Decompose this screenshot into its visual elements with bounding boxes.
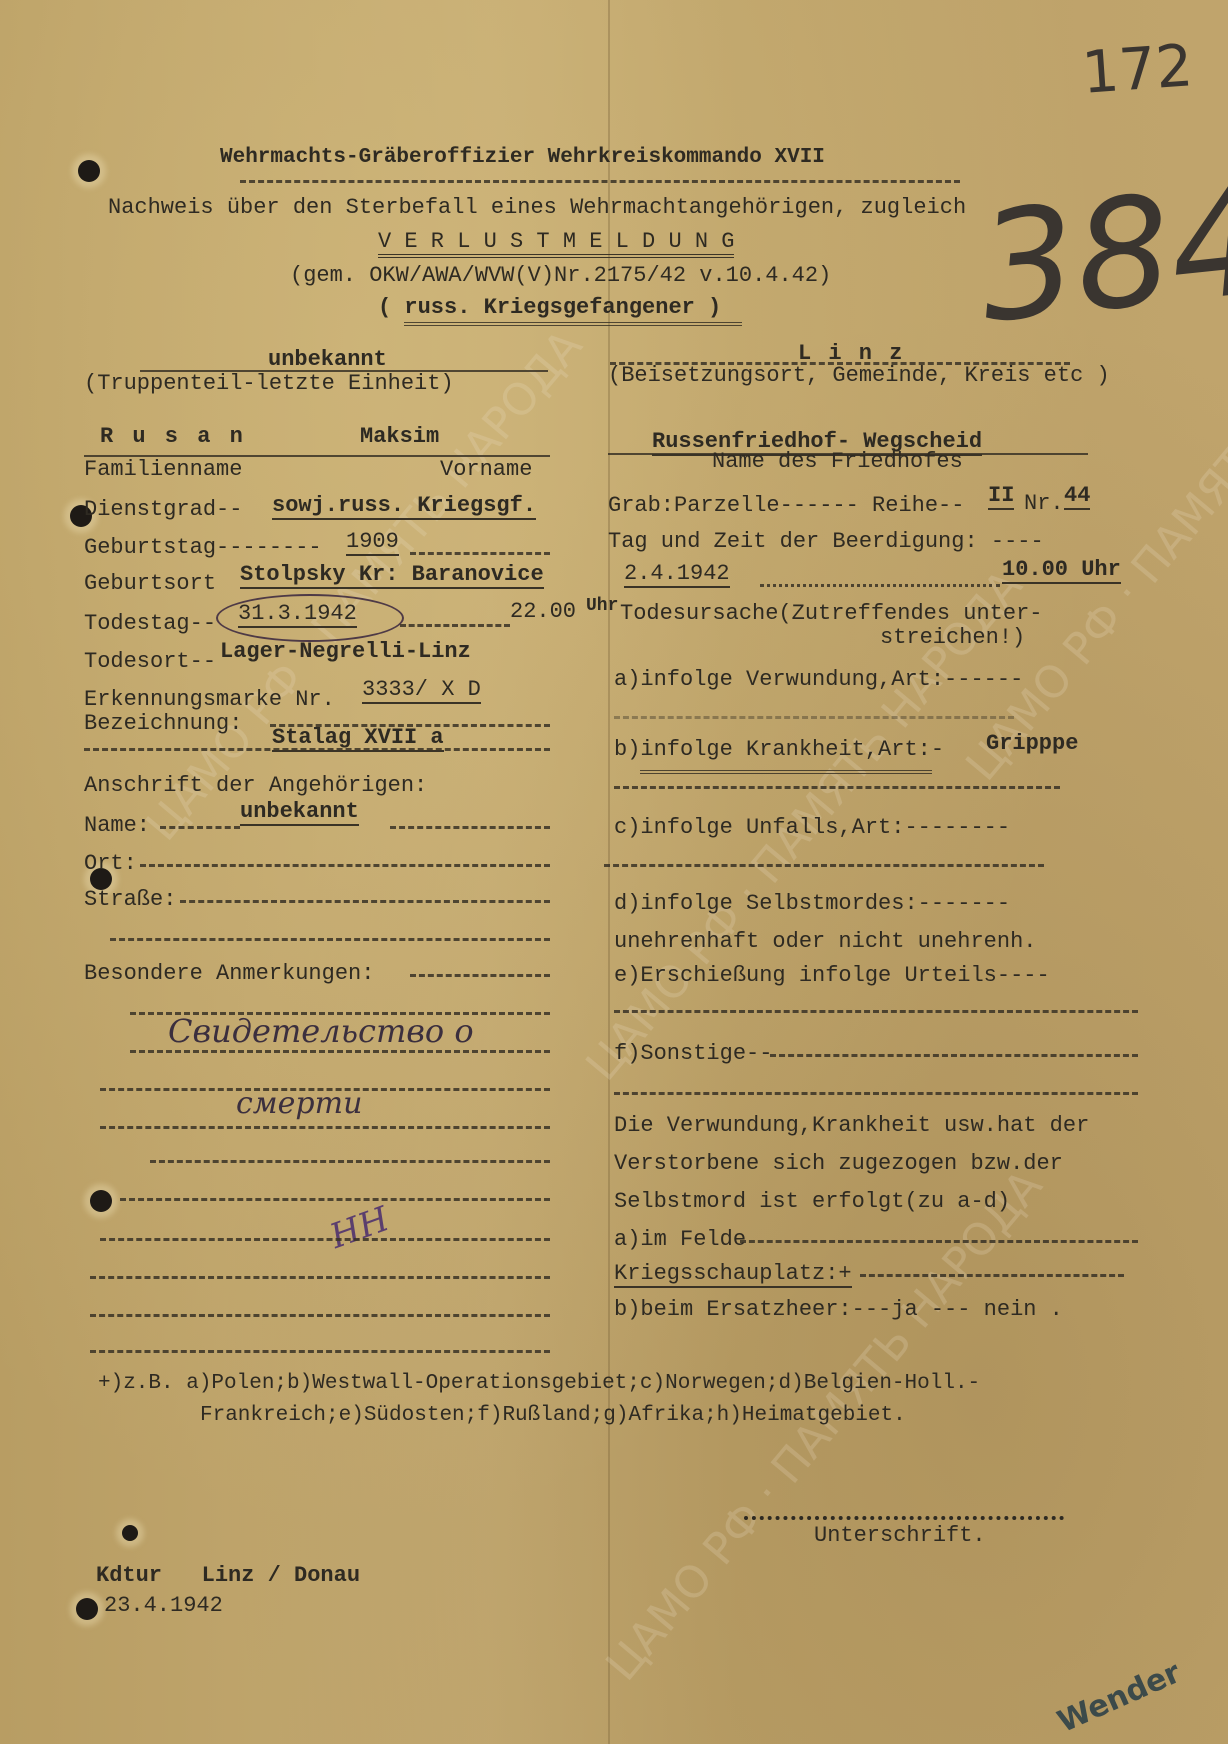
grave-nr-value: 44 bbox=[1064, 484, 1090, 510]
tag-number-label: Erkennungsmarke Nr. bbox=[84, 688, 335, 712]
cause-suicide: d)infolge Selbstmordes:------- bbox=[614, 892, 1010, 916]
relatives-street-label: Straße: bbox=[84, 888, 176, 912]
circumstance-theater: Kriegsschauplatz:+ bbox=[614, 1262, 852, 1288]
punch-hole bbox=[78, 160, 100, 182]
cause-label: Todesursache(Zutreffendes unter- bbox=[620, 602, 1042, 626]
cause-other: f)Sonstige-- bbox=[614, 1042, 772, 1066]
birthplace-value: Stolpsky Kr: Baranovice bbox=[240, 563, 544, 589]
unit-value: unbekannt bbox=[268, 348, 387, 372]
grave-row-value: II bbox=[988, 484, 1014, 510]
handwritten-record-number: 384 bbox=[973, 165, 1228, 344]
birthplace-label: Geburtsort bbox=[84, 572, 216, 596]
cemetery-label: Name des Friedhofes bbox=[712, 450, 963, 474]
designation-line2 bbox=[84, 748, 550, 751]
relatives-name-line2 bbox=[390, 826, 550, 829]
punch-hole bbox=[90, 1190, 112, 1212]
grave-nr-label: Nr. bbox=[1024, 492, 1064, 516]
handwritten-remark-certificate: Свидетельство о bbox=[168, 1012, 474, 1050]
relatives-place-line bbox=[140, 864, 550, 867]
relatives-place-label: Ort: bbox=[84, 852, 137, 876]
cause-execution-line bbox=[614, 1010, 1138, 1013]
footnote-line2: Frankreich;e)Südosten;f)Rußland;g)Afrika… bbox=[200, 1404, 906, 1428]
burial-place-label: (Beisetzungsort, Gemeinde, Kreis etc ) bbox=[608, 364, 1110, 388]
death-date-value: 31.3.1942 bbox=[238, 602, 357, 628]
cause-other-line bbox=[770, 1054, 1138, 1057]
category-underline bbox=[404, 322, 742, 326]
death-time-value: 22.00 bbox=[510, 600, 576, 624]
cause-wound-line bbox=[614, 716, 1014, 719]
tag-number-value: 3333/ X D bbox=[362, 678, 481, 704]
given-name-label: Vorname bbox=[440, 458, 532, 482]
relatives-name-line bbox=[160, 826, 240, 829]
circumstance-field: a)im Felde bbox=[614, 1228, 746, 1252]
prisoner-category: ( russ. Kriegsgefangener ) bbox=[378, 296, 721, 320]
cause-illness-underline bbox=[640, 770, 932, 774]
cause-accident-line bbox=[604, 864, 1044, 867]
cause-execution: e)Erschießung infolge Urteils---- bbox=[614, 964, 1050, 988]
rank-value: sowj.russ. Kriegsgf. bbox=[272, 494, 536, 520]
rank-label: Dienstgrad-- bbox=[84, 498, 242, 522]
relatives-name-label: Name: bbox=[84, 814, 150, 838]
signature-label: Unterschrift. bbox=[814, 1524, 986, 1548]
grave-label: Grab:Parzelle------ Reihe-- bbox=[608, 494, 964, 518]
remarks-line bbox=[90, 1350, 550, 1353]
death-time-unit: Uhr bbox=[586, 594, 618, 618]
remarks-line bbox=[100, 1238, 550, 1241]
cause-label-cont: streichen!) bbox=[880, 626, 1025, 650]
family-name-label: Familienname bbox=[84, 458, 242, 482]
document-subtitle: Nachweis über den Sterbefall eines Wehrm… bbox=[108, 196, 966, 220]
remarks-line bbox=[90, 1314, 550, 1317]
remarks-line bbox=[410, 974, 550, 977]
remarks-line bbox=[90, 1276, 550, 1279]
handwritten-remark-death: смерти bbox=[236, 1086, 362, 1121]
circumstance-field-line bbox=[740, 1240, 1138, 1243]
cause-accident: c)infolge Unfalls,Art:-------- bbox=[614, 816, 1010, 840]
cause-illness: b)infolge Krankheit,Art:- bbox=[614, 738, 944, 762]
footnote-line1: +)z.B. a)Polen;b)Westwall-Operationsgebi… bbox=[98, 1372, 980, 1396]
footer-date: 23.4.1942 bbox=[104, 1594, 223, 1618]
death-date-label: Todestag-- bbox=[84, 612, 216, 636]
death-place-value: Lager-Negrelli-Linz bbox=[220, 640, 471, 664]
given-name-value: Maksim bbox=[360, 425, 439, 449]
cause-illness-line bbox=[614, 786, 1060, 789]
remarks-line bbox=[120, 1198, 550, 1201]
circumstance-reserve: b)beim Ersatzheer:---ja --- nein . bbox=[614, 1298, 1063, 1322]
remarks-line bbox=[100, 1126, 550, 1129]
paper-fold bbox=[608, 0, 610, 1744]
footer-office: Kdtur Linz / Donau bbox=[96, 1564, 360, 1588]
signature-line bbox=[744, 1516, 1064, 1520]
cause-wound: a)infolge Verwundung,Art:------ bbox=[614, 668, 1023, 692]
designation-label: Bezeichnung: bbox=[84, 712, 242, 736]
family-name-value: R u s a n bbox=[100, 425, 246, 449]
birthday-line bbox=[410, 552, 550, 555]
circumstance-line2: Verstorbene sich zugezogen bzw.der bbox=[614, 1152, 1063, 1176]
cause-illness-value: Gripppe bbox=[986, 732, 1078, 756]
issuing-office: Wehrmachts-Gräberoffizier Wehrkreiskomma… bbox=[220, 146, 825, 170]
punch-hole bbox=[76, 1598, 98, 1620]
punch-hole bbox=[122, 1525, 138, 1541]
unit-label: (Truppenteil-letzte Einheit) bbox=[84, 372, 454, 396]
birthday-value: 1909 bbox=[346, 530, 399, 556]
relatives-extra-line bbox=[110, 938, 550, 941]
burial-time-line bbox=[760, 584, 1000, 587]
burial-time-label: Tag und Zeit der Beerdigung: ---- bbox=[608, 530, 1044, 554]
remarks-line bbox=[130, 1050, 550, 1053]
circumstance-line1: Die Verwundung,Krankheit usw.hat der bbox=[614, 1114, 1089, 1138]
death-date-line bbox=[400, 624, 510, 627]
cause-other-line2 bbox=[614, 1092, 1138, 1095]
header-rule bbox=[240, 180, 960, 183]
order-reference: (gem. OKW/AWA/WVW(V)Nr.2175/42 v.10.4.42… bbox=[290, 264, 831, 288]
document-title: V E R L U S T M E L D U N G bbox=[378, 230, 734, 258]
remarks-line bbox=[150, 1160, 550, 1163]
birthday-label: Geburtstag-------- bbox=[84, 536, 322, 560]
burial-time-value: 10.00 Uhr bbox=[1002, 558, 1121, 584]
burial-date-value: 2.4.1942 bbox=[624, 562, 730, 588]
circumstance-line3: Selbstmord ist erfolgt(zu a-d) bbox=[614, 1190, 1010, 1214]
cause-suicide-honor: unehrenhaft oder nicht unehrenh. bbox=[614, 930, 1036, 954]
handwritten-page-number: 172 bbox=[1080, 31, 1195, 107]
death-place-label: Todesort-- bbox=[84, 650, 216, 674]
relatives-name-value: unbekannt bbox=[240, 800, 359, 826]
circumstance-theater-line bbox=[860, 1274, 1124, 1277]
relatives-label: Anschrift der Angehörigen: bbox=[84, 774, 427, 798]
remarks-label: Besondere Anmerkungen: bbox=[84, 962, 374, 986]
relatives-street-line bbox=[180, 900, 550, 903]
